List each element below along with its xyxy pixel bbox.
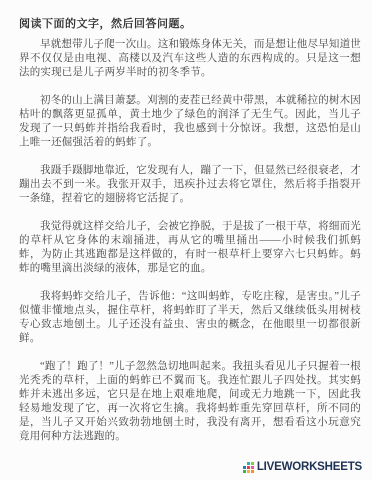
worksheet-page: 阅读下面的文字，然后回答问题。 早就想带儿子爬一次山。这和锻炼身体无关，而是想让…	[0, 0, 372, 444]
paragraph-1: 早就想带儿子爬一次山。这和锻炼身体无关，而是想让他尽早知道世界不仅仅是由电视、高…	[19, 38, 361, 80]
liveworksheets-logo-link[interactable]: LIVEWORKSHEETS	[243, 461, 362, 473]
liveworksheets-brand-text: LIVEWORKSHEETS	[257, 461, 362, 473]
liveworksheets-grid-icon	[243, 462, 254, 473]
instructions-title: 阅读下面的文字，然后回答问题。	[19, 15, 361, 31]
paragraph-6: “跑了！跑了！”儿子忽然急切地叫起来。我扭头看见儿子只握着一根光秃秃的草杆，上面…	[19, 360, 361, 444]
paragraph-5: 我将蚂蚱交给儿子，告诉他：“这叫蚂蚱，专吃庄稼，是害虫。”儿子似懂非懂地点头，握…	[19, 290, 361, 346]
paragraph-4: 我觉得就这样交给儿子，会被它挣脱，于是拔了一根干草，将细而光的草杆从它身体的末端…	[19, 220, 361, 276]
paragraph-3: 我蹑手蹑脚地靠近，它发现有人，蹦了一下，但显然已经很衰老，才蹦出去不到一米。我张…	[19, 164, 361, 206]
paragraph-2: 初冬的山上满目萧瑟。刈割的麦茬已经黄中带黑，本就稀拉的树木因枯叶的飘落更显孤单，…	[19, 94, 361, 150]
